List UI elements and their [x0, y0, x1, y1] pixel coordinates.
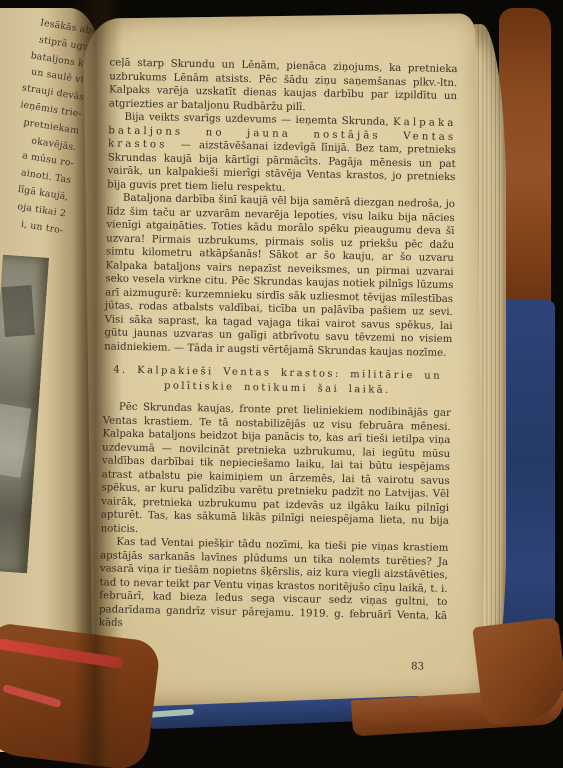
paragraph: Pēc Skrundas kaujas, fronte pret lielini… [101, 400, 452, 542]
leather-cover-edge-brown [499, 8, 551, 308]
cloth-cover-edge-blue [501, 300, 555, 662]
right-page: ceļā starp Skrundu un Lēnām, pienāca ziņ… [83, 13, 485, 712]
leather-cover-corner [472, 617, 563, 727]
paragraph-continuation: ceļā starp Skrundu un Lēnām, pienāca ziņ… [109, 56, 458, 117]
paragraph: Bataljona darbība šinī kaujā vēl bija sa… [104, 191, 455, 360]
paragraph: Kas tad Ventai piešķir tādu nozīmi, ka t… [99, 535, 449, 636]
page-text-block: ceļā starp Skrundu un Lēnām, pienāca ziņ… [98, 56, 458, 674]
section-heading: 4. Kalpakieši Ventas krastos: militārie … [109, 362, 446, 398]
paragraph: Bija veikts svarīgs uzdevums — ieņemta S… [107, 110, 456, 198]
book-photo-scene: Iesākās ab- stiprā ugu- bataljons ka un … [0, 0, 563, 768]
